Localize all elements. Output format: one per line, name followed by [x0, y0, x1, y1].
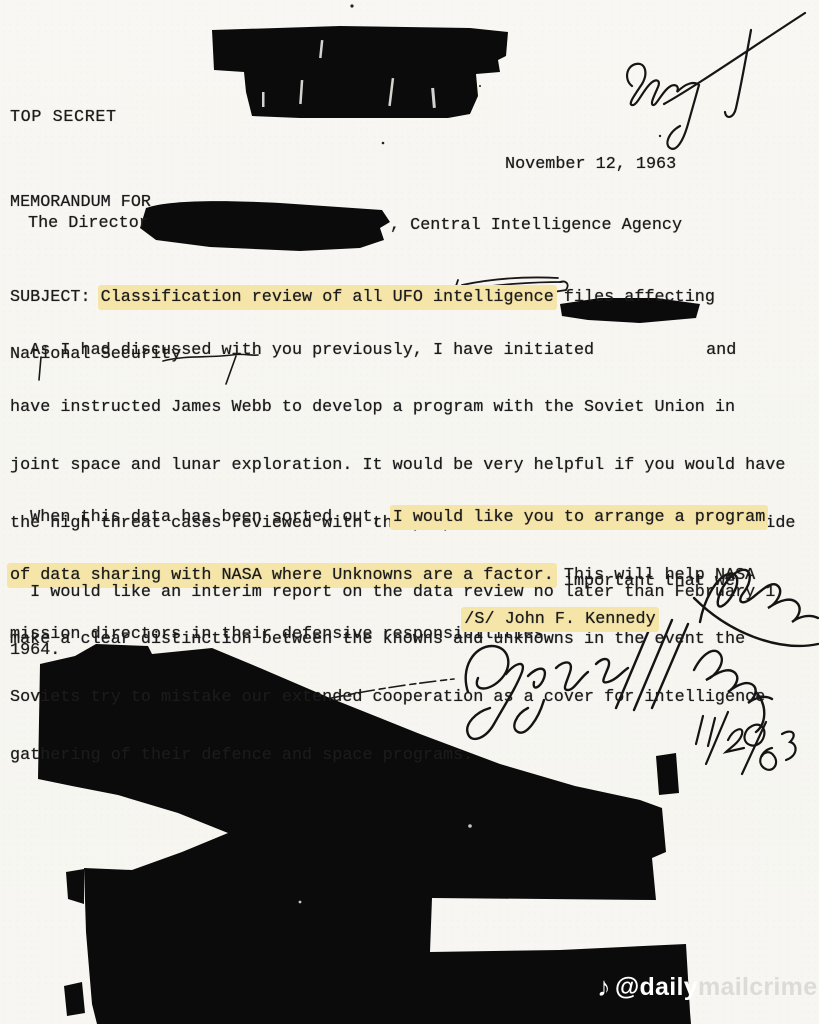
classification-stamp: TOP SECRET — [10, 108, 117, 127]
music-note-icon: ♪ — [597, 972, 615, 1002]
watermark: ♪@dailymailcrime — [597, 972, 817, 1003]
body-line: 1964. — [10, 641, 785, 661]
draft-annotation — [627, 13, 805, 149]
body-line: As I had discussed with you previously, … — [10, 341, 796, 360]
watermark-handle-light: mailcrime — [698, 973, 817, 1001]
director-redaction — [140, 201, 390, 251]
memo-for-line: MEMORANDUM FOR — [10, 193, 151, 212]
body-line: When this data has been sorted out, I wo… — [10, 508, 765, 528]
body-line: gathering of their defence and space pro… — [10, 746, 796, 765]
signature-line: /S/ John F. Kennedy — [424, 591, 656, 649]
director-suffix: , Central Intelligence Agency — [390, 216, 682, 235]
scanned-memo-page: TOP SECRET November 12, 1963 MEMORANDUM … — [0, 0, 819, 1024]
watermark-handle-bold: @daily — [615, 973, 698, 1001]
body-line: I would like an interim report on the da… — [10, 583, 785, 603]
inline-redaction-gap — [594, 352, 706, 354]
signature-highlight: /S/ John F. Kennedy — [464, 610, 655, 629]
date-line: November 12, 1963 — [505, 155, 676, 174]
highlight-span: I would like you to arrange a program — [393, 508, 766, 527]
director-prefix: The Director — [28, 214, 149, 233]
body-line: have instructed James Webb to develop a … — [10, 398, 796, 417]
body-paragraph-3: I would like an interim report on the da… — [10, 544, 785, 700]
top-redaction-block — [212, 26, 508, 118]
